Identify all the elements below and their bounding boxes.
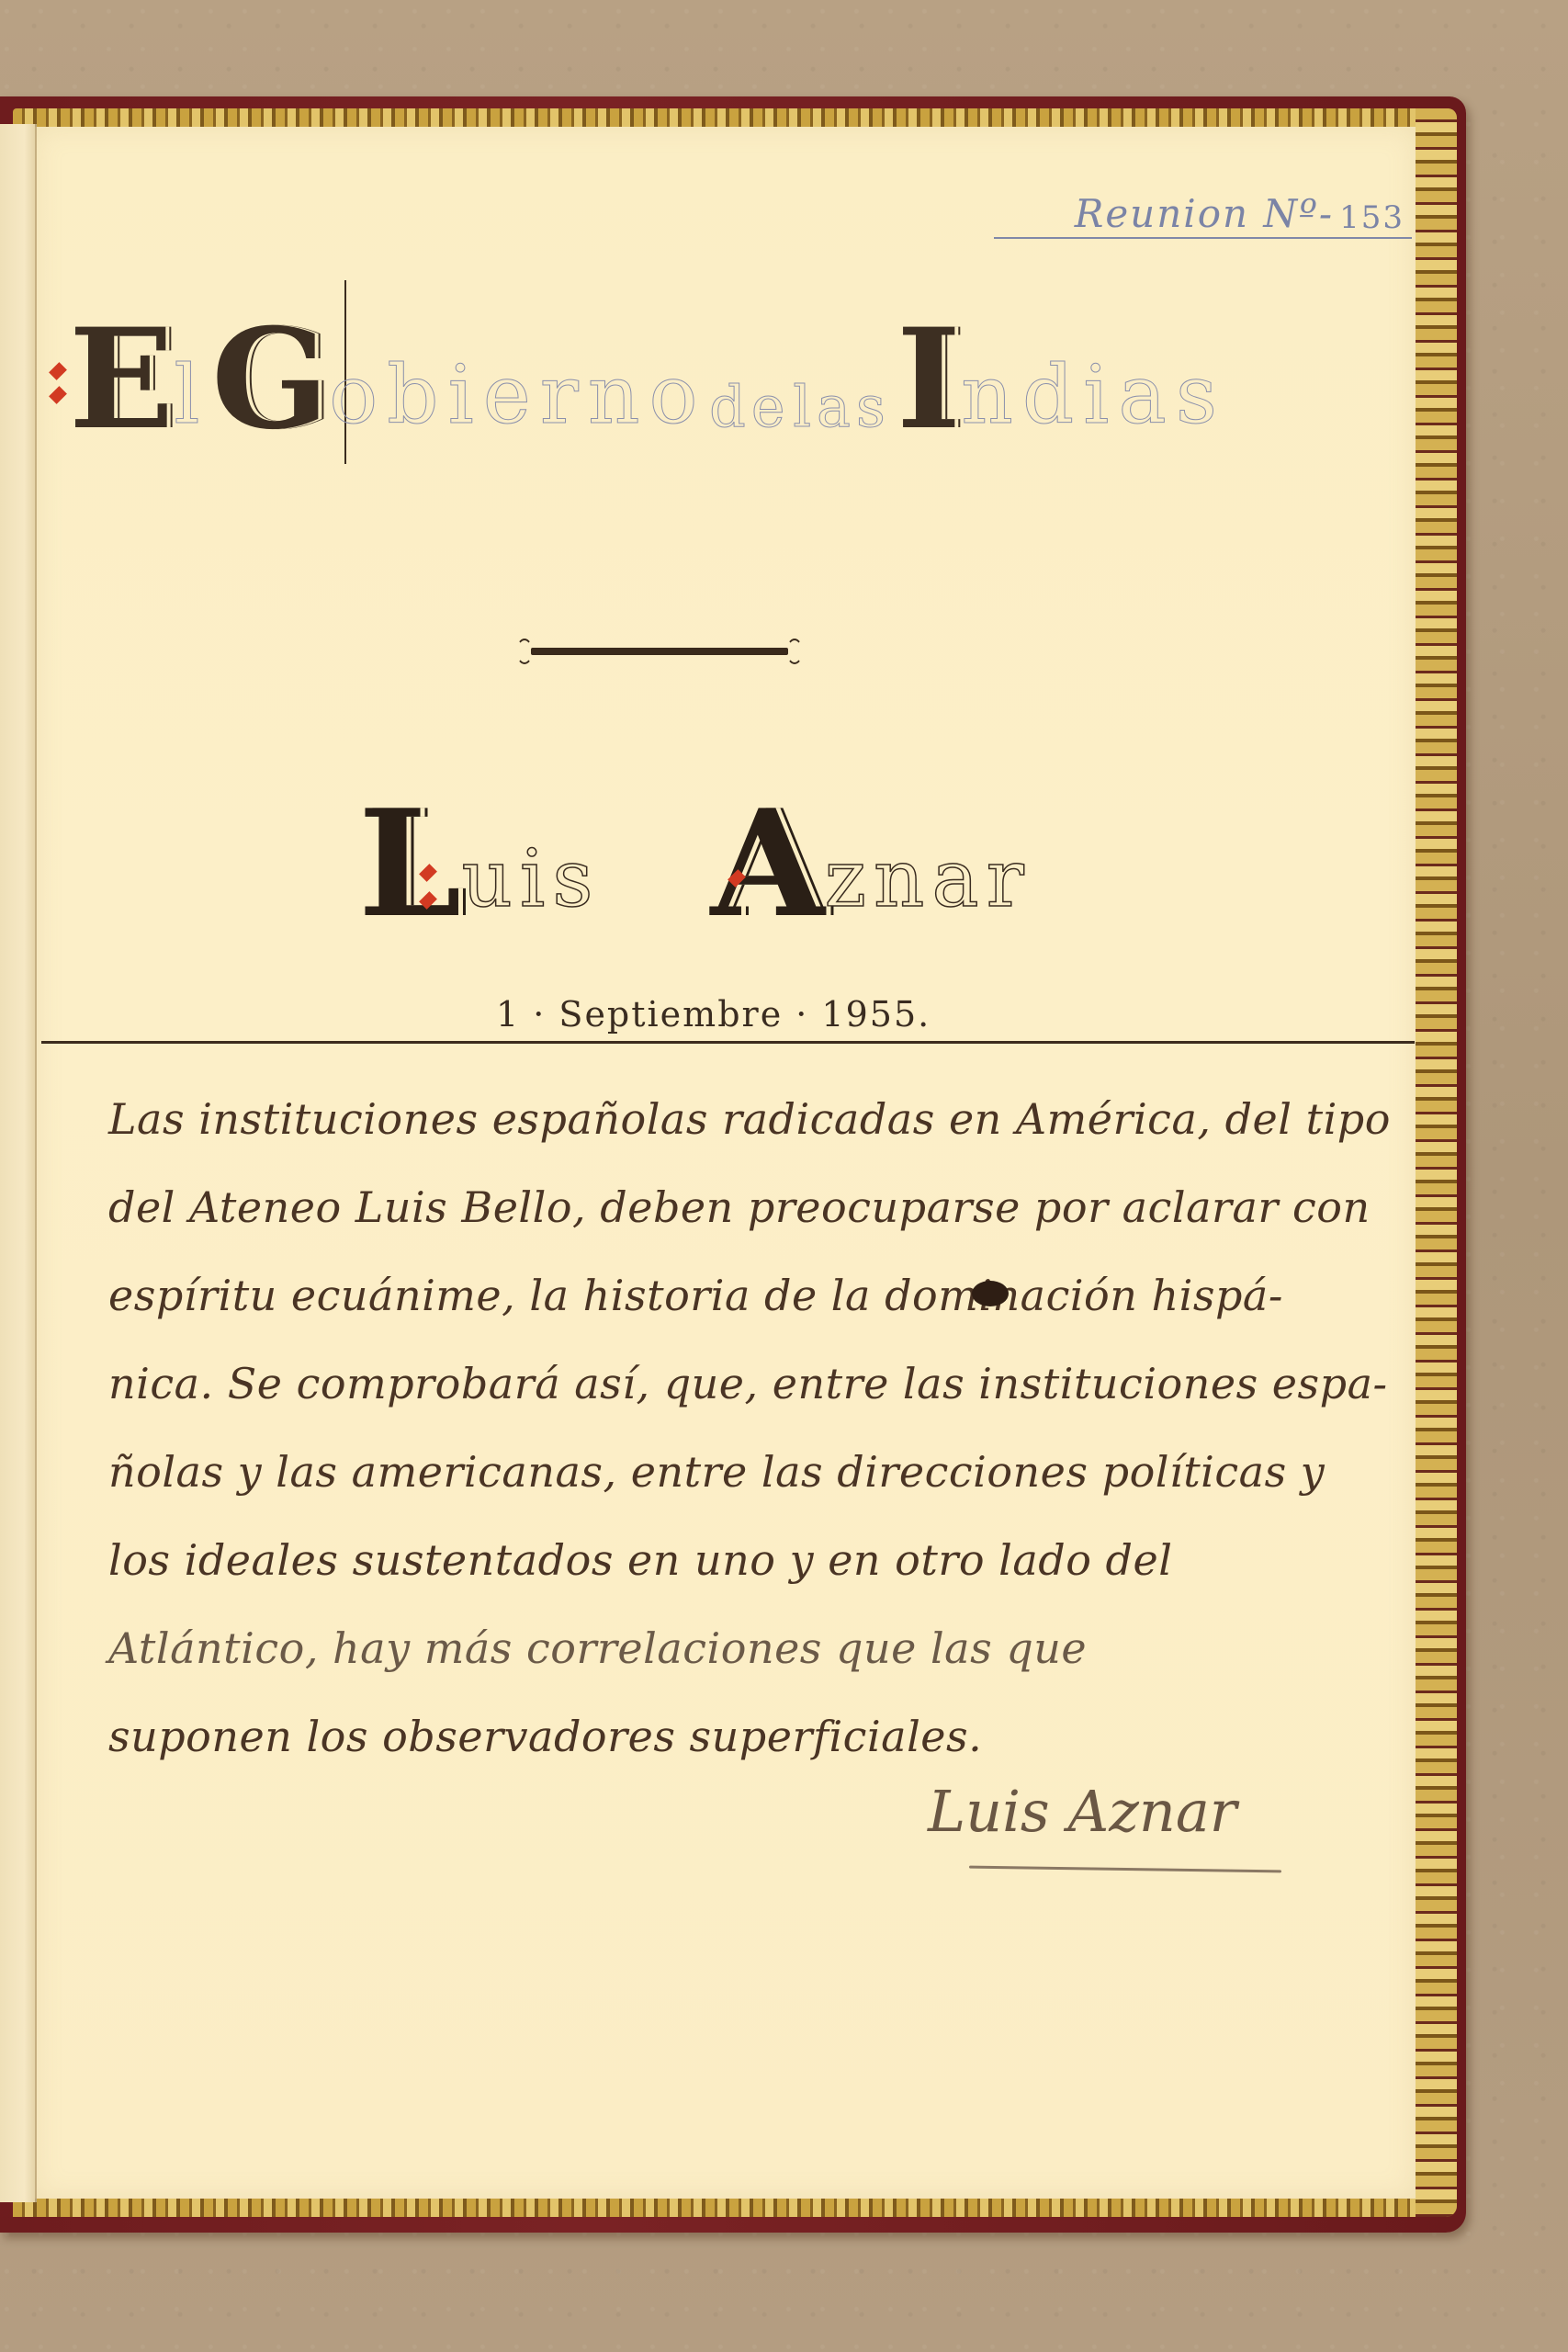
body-line: del Ateneo Luis Bello, deben preocuparse… xyxy=(108,1163,1394,1251)
handwritten-body: Las instituciones españolas radicadas en… xyxy=(108,1075,1394,1781)
author-name-gothic: L uis A znar xyxy=(358,753,1111,937)
meeting-number: 153 xyxy=(1339,202,1404,233)
body-line: espíritu ecuánime, la historia de la dom… xyxy=(108,1251,1394,1340)
body-line: Atlántico, hay más correlaciones que las… xyxy=(108,1604,1394,1692)
title-word-de: de xyxy=(709,379,790,435)
meeting-label: Reunion Nº- xyxy=(1075,195,1334,233)
page-title: E l G obierno de las I ndias xyxy=(69,292,1226,448)
gold-tooled-border-right xyxy=(1416,108,1457,2217)
title-initial-g: G xyxy=(211,311,329,448)
author-last-name-rest: znar xyxy=(825,840,1032,919)
body-line: suponen los observadores superficiales. xyxy=(108,1692,1394,1781)
ornamental-divider xyxy=(531,648,788,655)
page-gutter-crease xyxy=(35,127,37,2199)
meeting-number-annotation: Reunion Nº- 153 xyxy=(994,175,1412,239)
body-line: Las instituciones españolas radicadas en… xyxy=(108,1075,1394,1163)
body-line: ñolas y las americanas, entre las direcc… xyxy=(108,1428,1394,1516)
facing-page-edge xyxy=(0,124,37,2202)
title-initial-e: E xyxy=(69,311,174,448)
author-initial-a: A xyxy=(711,790,825,937)
body-line: nica. Se comprobará así, que, entre las … xyxy=(108,1340,1394,1428)
ink-blot xyxy=(972,1281,1009,1306)
title-initial-i: I xyxy=(897,311,961,448)
header-separator-line xyxy=(41,1041,1415,1044)
title-word-el-rest: l xyxy=(174,355,209,435)
author-initial-l: L xyxy=(358,790,462,937)
author-first-name-rest: uis xyxy=(462,840,601,919)
title-word-gobierno-rest: obierno xyxy=(329,355,706,435)
body-line: los ideales sustentados en uno y en otro… xyxy=(108,1516,1394,1604)
title-word-indias-rest: ndias xyxy=(961,355,1226,435)
author-signature: Luis Aznar xyxy=(928,1778,1236,1845)
title-word-las: las xyxy=(793,379,891,435)
entry-date: 1 · Septiembre · 1955. xyxy=(496,994,931,1035)
